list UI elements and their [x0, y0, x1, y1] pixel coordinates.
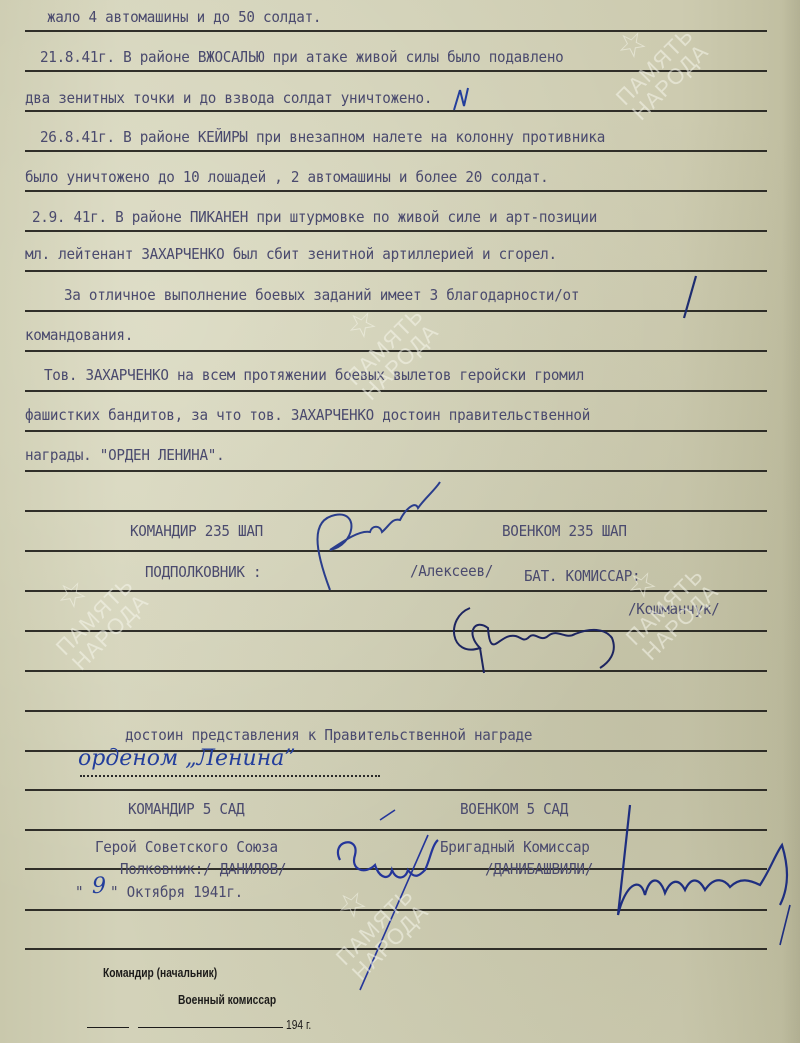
ruled-line	[25, 789, 767, 791]
regiment-commissar-title: ВОЕНКОМ 235 ШАП	[502, 522, 627, 540]
pen-slash-mark	[680, 274, 700, 320]
ruled-line	[25, 70, 767, 72]
body-line: мл. лейтенант ЗАХАРЧЕНКО был сбит зенитн…	[25, 245, 557, 263]
regiment-commander-rank: ПОДПОЛКОВНИК :	[145, 563, 261, 581]
ruled-line	[25, 150, 767, 152]
signature-danilov	[320, 800, 460, 1000]
ruled-line	[25, 190, 767, 192]
body-line: жало 4 автомашины и до 50 солдат.	[47, 8, 321, 26]
form-date-template: 194 г.	[286, 1018, 311, 1032]
division-commissar-name: /ДАНИБАШВИЛИ/	[485, 860, 593, 878]
ruled-line	[25, 630, 767, 632]
division-commissar-title: ВОЕНКОМ 5 САД	[460, 800, 568, 818]
pen-correction-mark	[450, 84, 480, 114]
ruled-line	[25, 110, 767, 112]
body-line: 21.8.41г. В районе ВЖОСАЛЬЮ при атаке жи…	[40, 48, 563, 66]
ruled-line	[25, 670, 767, 672]
star-icon: ☆	[25, 547, 119, 641]
signature-alekseev	[300, 470, 460, 600]
date-open-quote: "	[75, 883, 83, 901]
division-commander-honor: Герой Советского Союза	[95, 838, 278, 856]
body-line: награды. "ОРДЕН ЛЕНИНА".	[25, 446, 224, 464]
regiment-commissar-name: /Кошманчук/	[628, 600, 719, 618]
ruled-line	[25, 310, 767, 312]
body-line: командования.	[25, 326, 133, 344]
body-line: два зенитных точки и до взвода солдат ун…	[25, 89, 432, 107]
division-commander-rank-name: Полковник:/ ДАНИЛОВ/	[120, 860, 286, 878]
form-commissar-label: Военный комиссар	[178, 993, 276, 1007]
date-day-handwritten: 9	[92, 874, 106, 899]
form-date-blank-month	[138, 1027, 283, 1028]
form-commander-label: Командир (начальник)	[103, 966, 217, 980]
ruled-line	[25, 350, 767, 352]
ruled-line	[25, 710, 767, 712]
document-page: жало 4 автомашины и до 50 солдат. 21.8.4…	[0, 0, 800, 1043]
body-line: Тов. ЗАХАРЧЕНКО на всем протяжении боевы…	[44, 366, 584, 384]
dotted-blank-line	[80, 775, 380, 778]
division-commissar-rank: Бригадный Комиссар	[440, 838, 590, 856]
date-month-year: " Октября 1941г.	[110, 883, 243, 901]
form-date-blank-day	[87, 1027, 129, 1028]
body-line: 2.9. 41г. В районе ПИКАНЕН при штурмовке…	[32, 208, 597, 226]
watermark: ☆ ПАМЯТЬНАРОДА	[585, 0, 713, 125]
ruled-line	[25, 30, 767, 32]
ruled-line	[25, 390, 767, 392]
regiment-commander-title: КОМАНДИР 235 ШАП	[130, 522, 263, 540]
regiment-commissar-rank: БАТ. КОМИССАР:	[524, 567, 640, 585]
body-line: было уничтожено до 10 лошадей , 2 автома…	[25, 168, 548, 186]
watermark: ☆ ПАМЯТЬНАРОДА	[25, 547, 153, 675]
signature-koshmanchuk	[440, 598, 640, 678]
body-line: За отличное выполнение боевых заданий им…	[64, 286, 579, 304]
ruled-line	[25, 430, 767, 432]
ruled-line	[25, 270, 767, 272]
body-line: 26.8.41г. В районе КЕЙИРЫ при внезапном …	[40, 128, 605, 146]
handwritten-award: орденом „Ленина”	[78, 746, 296, 771]
recommendation-text: достоин представления к Правительственно…	[125, 726, 532, 744]
ruled-line	[25, 230, 767, 232]
division-commander-title: КОМАНДИР 5 САД	[128, 800, 244, 818]
body-line: фашистких бандитов, за что тов. ЗАХАРЧЕН…	[25, 406, 590, 424]
star-icon: ☆	[585, 0, 679, 91]
signature-danibashvili	[600, 805, 800, 955]
